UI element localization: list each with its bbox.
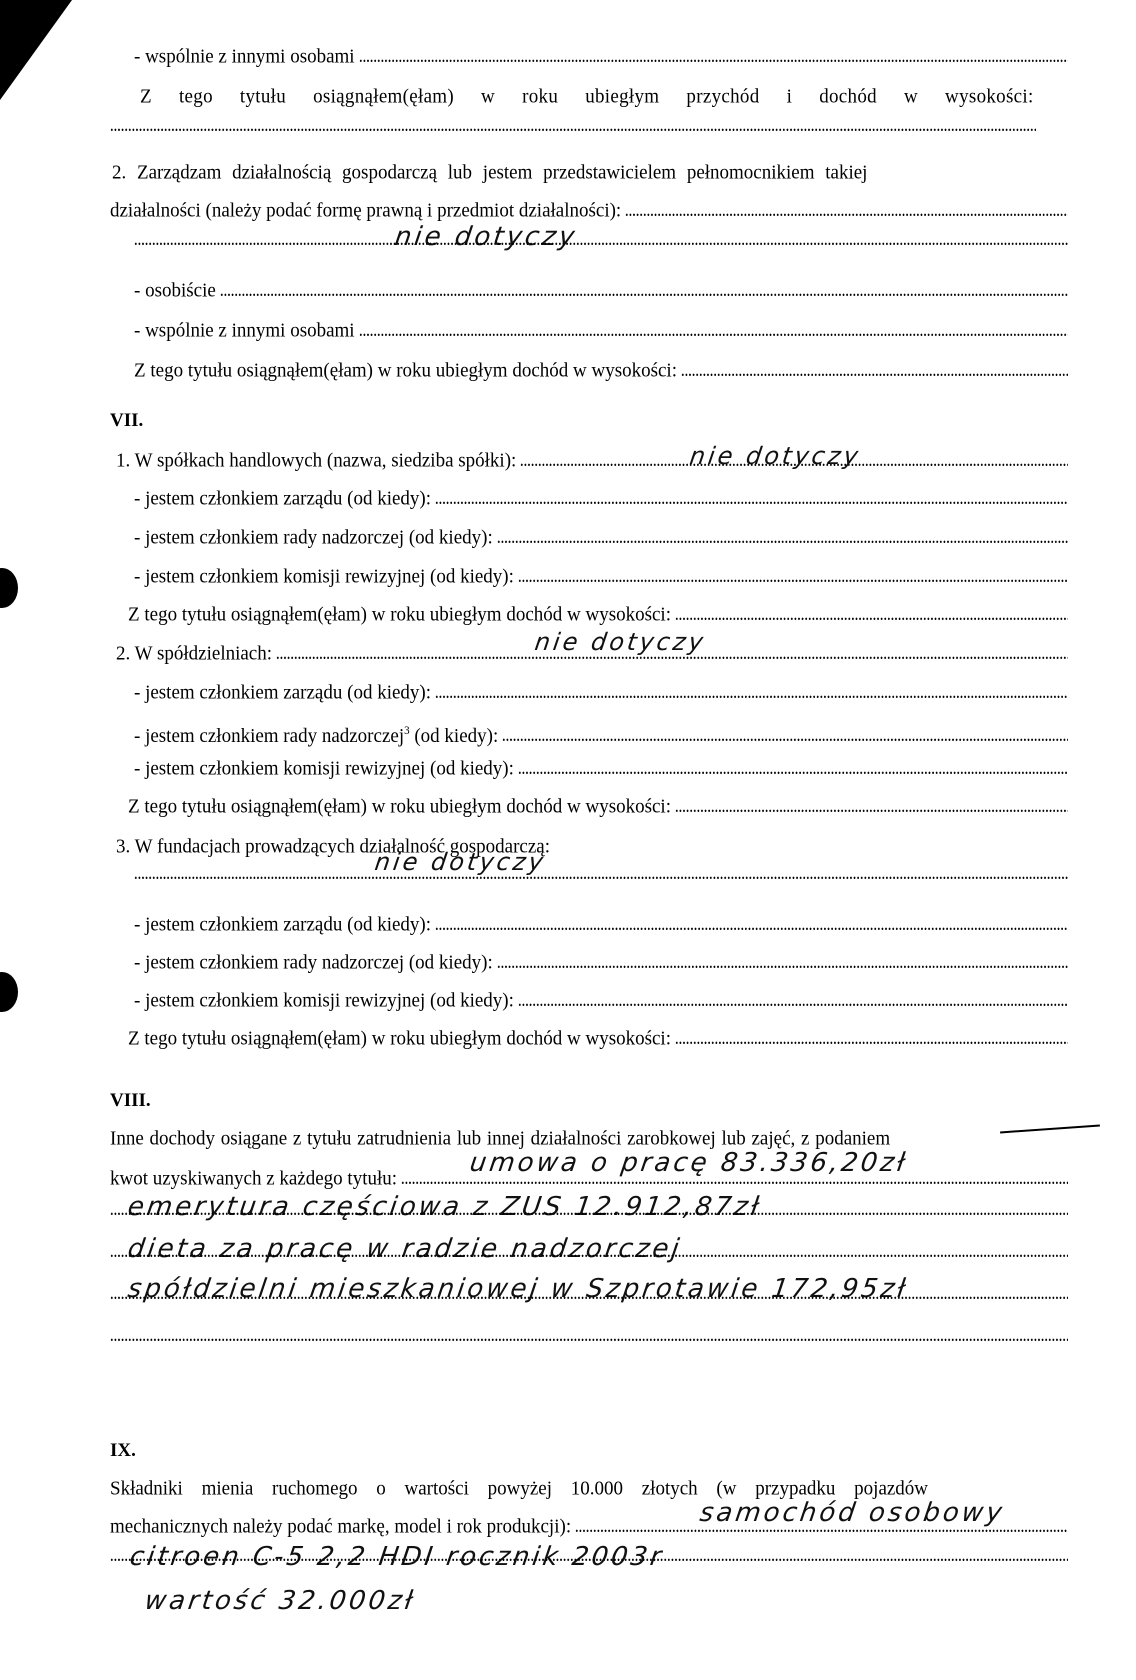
form-line: - jestem członkiem rady nadzorczej (od k…: [134, 525, 1068, 551]
handwritten-answer: nie dotyczy: [373, 848, 548, 876]
form-line: - jestem członkiem komisji rewizyjnej (o…: [134, 756, 1068, 782]
form-line: - jestem członkiem zarządu (od kiedy):: [134, 912, 1068, 938]
section-heading: VIII.: [110, 1090, 151, 1112]
form-line: - jestem członkiem komisji rewizyjnej (o…: [134, 564, 1068, 590]
form-line: Z tego tytułu osiągnąłem(ęłam) w roku ub…: [134, 358, 1068, 384]
form-line: - jestem członkiem rady nadzorczej (od k…: [134, 950, 1068, 976]
form-line: - osobiście: [134, 278, 1068, 304]
form-line-blank[interactable]: [110, 1335, 1068, 1349]
form-line: - jestem członkiem rady nadzorczej3 (od …: [134, 718, 1068, 750]
form-line: 3. W fundacjach prowadzących działalność…: [116, 834, 1068, 860]
form-line: Z tego tytułu osiągnąłem(ęłam) w roku ub…: [128, 602, 1068, 628]
form-line: - wspólnie z innymi osobami: [134, 44, 1068, 70]
form-line: - wspólnie z innymi osobami: [134, 318, 1068, 344]
section-heading: IX.: [110, 1440, 136, 1462]
form-line: Z tego tytułu osiągnąłem(ęłam) w roku ub…: [128, 1026, 1068, 1052]
form-line: - jestem członkiem zarządu (od kiedy):: [134, 680, 1068, 706]
punch-hole: [0, 568, 18, 608]
handwritten-line: wartość 32.000zł: [143, 1586, 417, 1616]
handwritten-line: samochód osobowy: [698, 1498, 1007, 1528]
form-line: - jestem członkiem komisji rewizyjnej (o…: [134, 988, 1068, 1014]
form-line: Z tego tytułu osiągnąłem(ęłam) w roku ub…: [128, 794, 1068, 820]
form-line-blank[interactable]: [110, 1555, 1068, 1569]
form-line-blank[interactable]: [134, 873, 1068, 887]
form-line: Z tego tytułu osiągnąłem(ęłam) w roku ub…: [140, 84, 1068, 110]
form-line: działalności (należy podać formę prawną …: [110, 198, 1068, 224]
handwritten-line: umowa o pracę 83.336,20zł: [468, 1148, 910, 1178]
handwritten-answer: nie dotyczy: [533, 628, 708, 656]
punch-hole: [0, 972, 18, 1012]
form-line: 2. Zarządzam działalnością gospodarczą l…: [112, 160, 1068, 186]
form-line-blank[interactable]: [110, 1251, 1068, 1265]
section-heading: VII.: [110, 410, 143, 432]
form-line-blank[interactable]: [110, 1293, 1068, 1307]
handwritten-answer: nie dotyczy: [688, 442, 863, 470]
form-line-blank[interactable]: [110, 125, 1036, 139]
form-line: - jestem członkiem zarządu (od kiedy):: [134, 486, 1068, 512]
form-line: 1. W spółkach handlowych (nazwa, siedzib…: [116, 448, 1068, 474]
form-line-blank[interactable]: [134, 239, 1068, 253]
form-line-blank[interactable]: [110, 1209, 1068, 1223]
scan-corner-mark: [0, 0, 72, 100]
footnote-marker: 3: [404, 724, 410, 737]
